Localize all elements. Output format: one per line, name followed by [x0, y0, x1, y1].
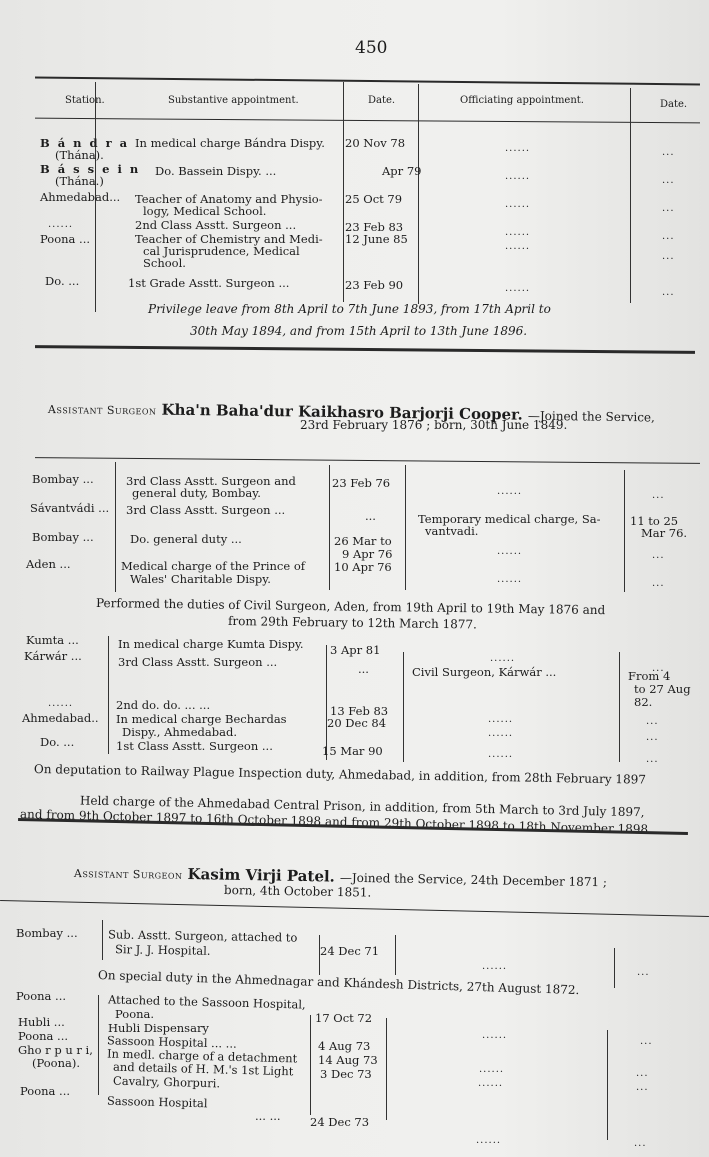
col-divider	[98, 995, 99, 1095]
station: (Thána).	[55, 149, 104, 162]
civil-surgeon-note: Performed the duties of Civil Surgeon, A…	[96, 596, 605, 617]
appointment: Sir J. J. Hospital.	[115, 943, 211, 958]
header-top-rule	[35, 77, 700, 86]
special-duty-note: On special duty in the Ahmednagar and Kh…	[98, 968, 580, 997]
off-date: ...	[662, 231, 675, 242]
appointment: 1st Grade Asstt. Surgeon ...	[128, 277, 289, 290]
page-number: 450	[355, 38, 387, 58]
col-divider	[403, 652, 404, 762]
table-top-rule	[0, 900, 709, 917]
header-date-2: Date.	[660, 99, 687, 110]
rank: Assistant Surgeon	[74, 867, 183, 882]
privilege-leave-note: 30th May 1894, and from 15th April to 13…	[190, 324, 527, 338]
date: 10 Apr 76	[334, 561, 392, 574]
off-date: ...	[662, 147, 675, 158]
station: Ahmedabad..	[22, 712, 99, 725]
date: 15 Mar 90	[322, 745, 383, 758]
col-divider	[630, 88, 631, 303]
col-divider	[115, 462, 116, 592]
officiating: ......	[482, 1030, 507, 1041]
date: 20 Nov 78	[345, 137, 405, 150]
rank: Assistant Surgeon	[48, 403, 157, 418]
officiating: ......	[505, 171, 530, 182]
off-date: ...	[652, 550, 665, 561]
station: Bombay ...	[16, 927, 78, 940]
appointment: general duty, Bombay.	[132, 487, 261, 500]
appointment: Cavalry, Ghorpuri.	[113, 1075, 220, 1091]
appointment: In medical charge Kumta Dispy.	[118, 638, 304, 651]
appointment: Dispy., Ahmedabad.	[122, 726, 237, 739]
officiating: ......	[497, 486, 522, 497]
appointment: logy, Medical School.	[143, 205, 266, 218]
header-station: Station.	[65, 95, 105, 106]
date: 17 Oct 72	[315, 1012, 372, 1025]
off-date: ...	[662, 203, 675, 214]
station: Poona ...	[20, 1085, 70, 1098]
off-date: ...	[662, 175, 675, 186]
off-date: ...	[662, 251, 675, 262]
col-divider	[108, 636, 109, 754]
officiating: ......	[488, 749, 513, 760]
col-divider	[624, 470, 625, 592]
header-officiating: Officiating appointment.	[460, 95, 584, 106]
off-date: ...	[646, 754, 659, 765]
off-date: Mar 76.	[641, 527, 687, 540]
appointment: 3rd Class Asstt. Surgeon ...	[118, 656, 277, 669]
station: Do. ...	[40, 736, 74, 749]
officer-dates: 23rd February 1876 ; born, 30th June 184…	[300, 418, 567, 432]
appointment: 3rd Class Asstt. Surgeon ...	[126, 504, 285, 517]
officiating: ......	[488, 728, 513, 739]
header-bottom-rule	[35, 118, 700, 124]
col-divider	[343, 82, 344, 302]
officiating: ......	[490, 653, 515, 664]
appointment: Poona.	[115, 1008, 154, 1021]
officiating: ......	[505, 241, 530, 252]
date: 3 Dec 73	[320, 1068, 372, 1081]
officiating: ......	[505, 143, 530, 154]
col-divider	[405, 465, 406, 590]
appointment: 2nd do. do. ... ...	[116, 699, 210, 712]
date: 23 Feb 76	[332, 477, 390, 490]
header-substantive: Substantive appointment.	[168, 95, 299, 106]
officiating: ......	[478, 1078, 503, 1089]
off-date: ...	[636, 1068, 649, 1079]
plague-duty-note: On deputation to Railway Plague Inspecti…	[34, 762, 646, 787]
date: ...	[365, 510, 376, 523]
date: 3 Apr 81	[330, 644, 380, 657]
station: (Poona).	[32, 1057, 80, 1070]
header-date: Date.	[368, 95, 395, 106]
col-divider	[395, 935, 396, 975]
station: Poona ...	[18, 1030, 68, 1043]
off-date: ...	[662, 287, 675, 298]
col-divider	[326, 645, 327, 760]
officiating: ......	[505, 227, 530, 238]
officiating: Civil Surgeon, Kárwár ...	[412, 666, 556, 679]
date: 20 Dec 84	[327, 717, 386, 730]
appointment: 1st Class Asstt. Surgeon ...	[116, 740, 273, 753]
off-date: ...	[646, 732, 659, 743]
station: Kumta ...	[26, 634, 79, 647]
station: Kárwár ...	[24, 650, 82, 663]
station: Bombay ...	[32, 531, 94, 544]
privilege-leave-note: Privilege leave from 8th April to 7th Ju…	[148, 302, 551, 316]
officiating: ......	[479, 1064, 504, 1075]
col-divider	[310, 1015, 311, 1115]
station: Poona ...	[40, 233, 90, 246]
date: ...	[358, 663, 369, 676]
station: (Thána.)	[55, 175, 104, 188]
table-top-rule	[35, 457, 700, 464]
officiating: ......	[505, 199, 530, 210]
appointment: Sassoon Hospital	[107, 1095, 208, 1111]
off-date: ...	[652, 490, 665, 501]
col-divider	[619, 652, 620, 762]
station: Aden ...	[26, 558, 71, 571]
appointment: Wales' Charitable Dispy.	[130, 573, 271, 586]
officiating: ......	[497, 546, 522, 557]
off-date: ...	[652, 578, 665, 589]
off-date: ...	[636, 1082, 649, 1093]
date: Apr 79	[382, 165, 421, 178]
off-date: ...	[640, 1036, 653, 1047]
officiating: vantvadi.	[425, 525, 478, 538]
date: 25 Oct 79	[345, 193, 402, 206]
col-divider	[329, 465, 330, 590]
date: 4 Aug 73	[318, 1040, 370, 1053]
appointment: Do. Bassein Dispy. ...	[155, 165, 276, 178]
col-divider	[614, 948, 615, 988]
off-date: ...	[646, 716, 659, 727]
officiating: ......	[505, 283, 530, 294]
date: 12 June 85	[345, 233, 408, 246]
station: Bombay ...	[32, 473, 94, 486]
officer-dates: born, 4th October 1851.	[224, 883, 372, 900]
appointment: School.	[143, 257, 186, 270]
appointment: ... ...	[255, 1110, 281, 1123]
officiating: ......	[476, 1135, 501, 1146]
date: 24 Dec 71	[320, 945, 379, 958]
document-page: 450 Station. Substantive appointment. Da…	[0, 0, 709, 1157]
officiating: ......	[488, 714, 513, 725]
appointment: In medical charge Bándra Dispy.	[135, 137, 325, 150]
station: Ahmedabad...	[40, 191, 120, 204]
station: ......	[48, 219, 73, 230]
station: Sávantvádi ...	[30, 502, 109, 515]
off-date: ...	[637, 967, 650, 978]
officiating: ......	[482, 961, 507, 972]
off-date: 82.	[634, 696, 652, 709]
date: 14 Aug 73	[318, 1054, 378, 1067]
station: Do. ...	[45, 275, 79, 288]
col-divider	[607, 1030, 608, 1140]
col-divider	[102, 920, 103, 960]
appointment: 2nd Class Asstt. Surgeon ...	[135, 219, 296, 232]
off-date: ...	[634, 1138, 647, 1149]
date: 23 Feb 90	[345, 279, 403, 292]
officer-name: Kasim Virji Patel.	[187, 865, 335, 886]
col-divider	[418, 84, 419, 304]
officiating: ......	[497, 574, 522, 585]
civil-surgeon-note: from 29th February to 12th March 1877.	[228, 614, 477, 631]
station: Poona ...	[16, 990, 66, 1003]
joined-text: —Joined the Service, 24th December 1871 …	[340, 871, 607, 890]
section-divider	[35, 345, 695, 354]
station: ......	[48, 698, 73, 709]
station: Hubli ...	[18, 1016, 65, 1029]
appointment: Do. general duty ...	[130, 533, 242, 546]
col-divider	[386, 1018, 387, 1120]
date: 24 Dec 73	[310, 1116, 369, 1129]
